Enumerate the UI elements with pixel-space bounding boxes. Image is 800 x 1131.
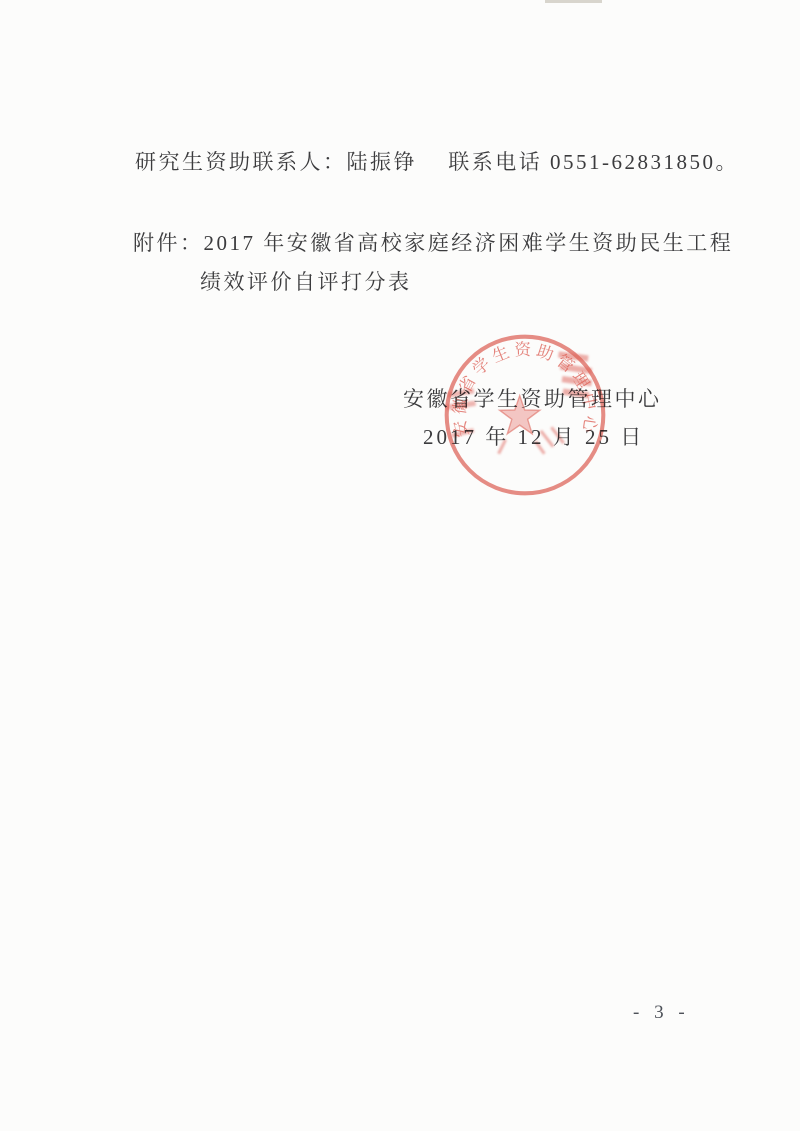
attachment-title-line1: 附件：2017 年安徽省高校家庭经济困难学生资助民生工程 [133,227,733,257]
scanned-document-page: 研究生资助联系人：陆振铮 联系电话 0551-62831850。 附件：2017… [0,0,800,1131]
scan-edge-artifact [545,0,602,3]
seal-ring-circle [447,337,604,494]
signature-organization: 安徽省学生资助管理中心 [403,383,662,413]
page-number: - 3 - [633,1002,690,1024]
signature-date: 2017 年 12 月 25 日 [423,421,644,451]
contact-info-line: 研究生资助联系人：陆振铮 联系电话 0551-62831850。 [135,146,739,176]
official-red-seal: 安徽省学生资助管理中心 [437,327,613,503]
attachment-title-line2: 绩效评价自评打分表 [200,266,412,296]
